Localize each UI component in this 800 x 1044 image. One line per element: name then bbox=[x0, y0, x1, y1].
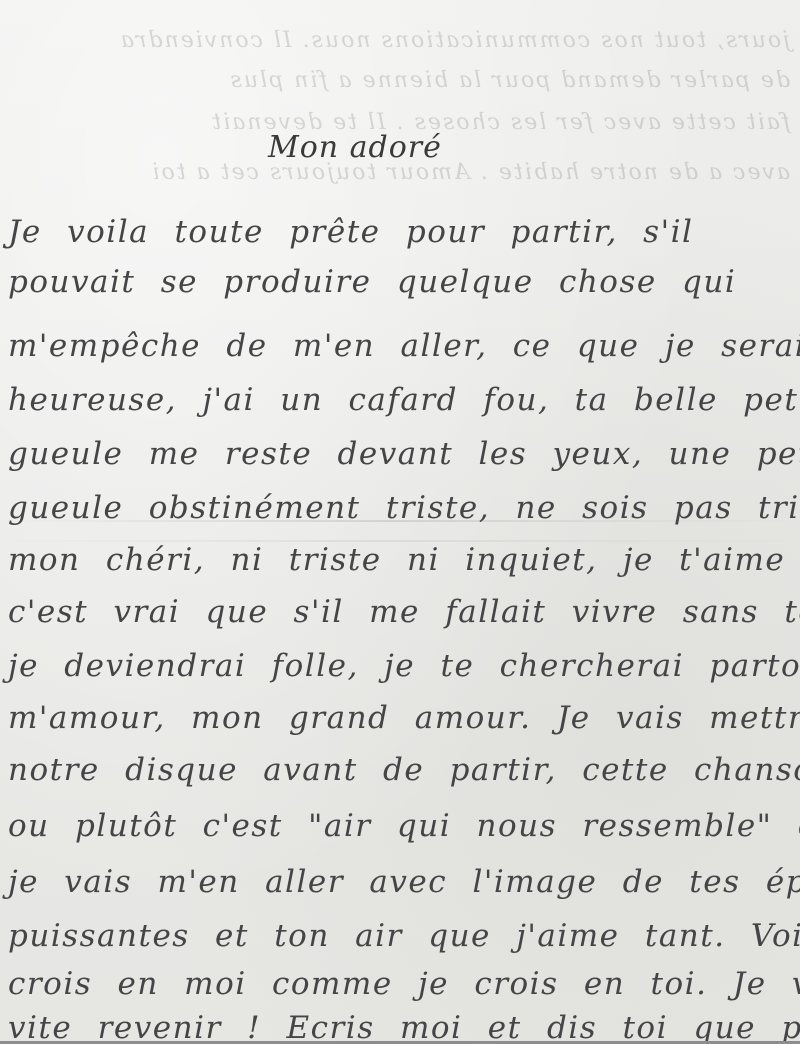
letter-line: Je voila toute prête pour partir, s'il bbox=[8, 214, 798, 250]
letter-line: heureuse, j'ai un cafard fou, ta belle p… bbox=[8, 382, 798, 418]
letter-page: jours, tout nos communications nous. Il … bbox=[0, 0, 800, 1044]
letter-line: m'empêche de m'en aller, ce que je serai bbox=[8, 328, 798, 364]
letter-line: puissantes et ton air que j'aime tant. V… bbox=[8, 918, 798, 954]
letter-line: m'amour, mon grand amour. Je vais mettre bbox=[8, 700, 798, 736]
letter-line: je vais m'en aller avec l'image de tes é… bbox=[8, 864, 798, 900]
letter-line: gueule me reste devant les yeux, une pet… bbox=[8, 436, 798, 472]
bleed-through-text: de parler demand pour la bienne a fin pl… bbox=[30, 68, 790, 93]
letter-salutation: Mon adoré bbox=[268, 130, 442, 165]
letter-line: gueule obstinément triste, ne sois pas t… bbox=[8, 490, 798, 526]
letter-line: je deviendrai folle, je te chercherai pa… bbox=[8, 648, 798, 684]
letter-line: pouvait se produire quelque chose qui bbox=[8, 264, 798, 300]
bleed-through-text: jours, tout nos communications nous. Il … bbox=[30, 28, 790, 53]
letter-line: c'est vrai que s'il me fallait vivre san… bbox=[8, 594, 798, 630]
letter-line: mon chéri, ni triste ni inquiet, je t'ai… bbox=[8, 542, 798, 578]
letter-line: crois en moi comme je crois en toi. Je v… bbox=[8, 966, 798, 1002]
letter-line: notre disque avant de partir, cette chan… bbox=[8, 752, 798, 788]
letter-line: ou plutôt c'est "air qui nous ressemble"… bbox=[8, 808, 798, 844]
letter-line: vite revenir ! Ecris moi et dis toi que … bbox=[8, 1010, 798, 1044]
